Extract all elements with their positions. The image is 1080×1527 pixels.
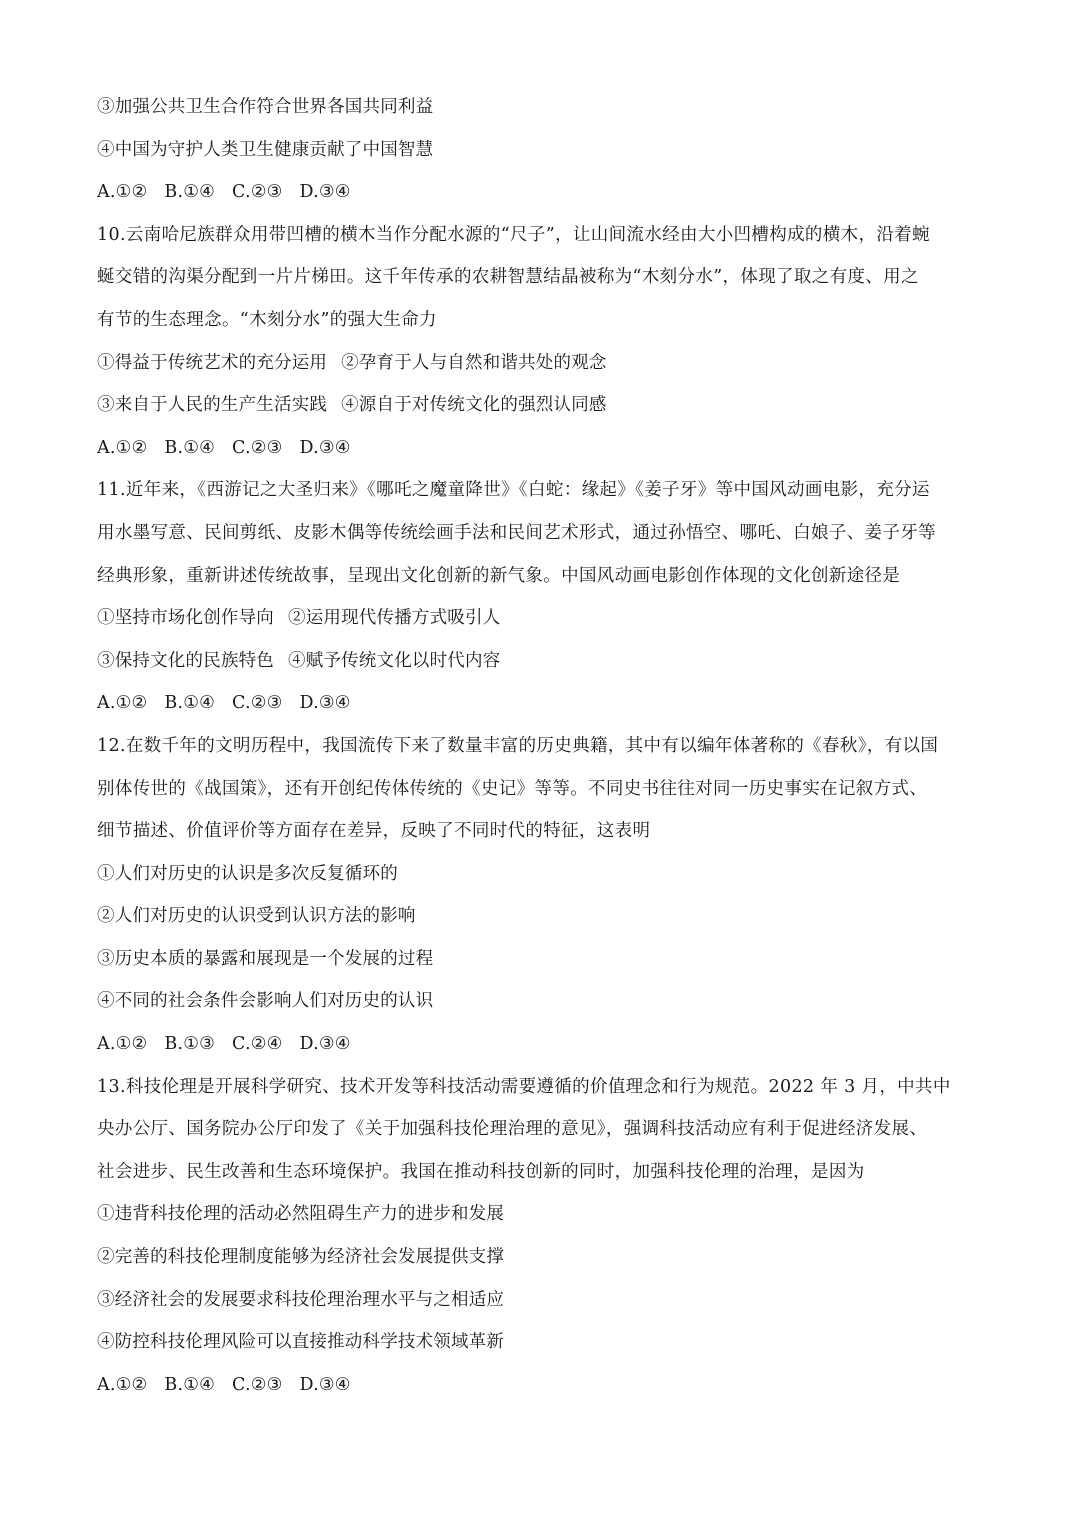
option-row: ③保持文化的民族特色④赋予传统文化以时代内容 (97, 640, 987, 683)
question-stem: 11.近年来，《西游记之大圣归来》《哪吒之魔童降世》《白蛇：缘起》《姜子牙》等中… (97, 469, 987, 597)
option-4: ④中国为守护人类卫生健康贡献了中国智慧 (97, 129, 987, 172)
answer-b: B.①③ (164, 1023, 215, 1066)
option-2: ②孕育于人与自然和谐共处的观念 (341, 353, 607, 373)
answer-choices: A.①②B.①④C.②③D.③④ (97, 427, 987, 470)
answer-a: A.①② (97, 1364, 147, 1407)
answer-d: D.③④ (300, 682, 351, 725)
option-4: ④防控科技伦理风险可以直接推动科学技术领域革新 (97, 1321, 987, 1364)
stem-line: 央办公厅、国务院办公厅印发了《关于加强科技伦理治理的意见》，强调科技活动应有利于… (97, 1108, 987, 1151)
question-stem: 13.科技伦理是开展科学研究、技术开发等科技活动需要遵循的价值理念和行为规范。2… (97, 1066, 987, 1194)
question-stem: 12.在数千年的文明历程中，我国流传下来了数量丰富的历史典籍，其中有以编年体著称… (97, 725, 987, 853)
answer-b: B.①④ (164, 427, 215, 470)
answer-c: C.②③ (232, 1364, 283, 1407)
answer-a: A.①② (97, 1023, 147, 1066)
answer-b: B.①④ (164, 171, 215, 214)
stem-line: 11.近年来，《西游记之大圣归来》《哪吒之魔童降世》《白蛇：缘起》《姜子牙》等中… (97, 469, 987, 512)
answer-a: A.①② (97, 171, 147, 214)
option-row: ①坚持市场化创作导向②运用现代传播方式吸引人 (97, 597, 987, 640)
question-stem: 10.云南哈尼族群众用带凹槽的横木当作分配水源的“尺子”，让山间流水经由大小凹槽… (97, 214, 987, 342)
option-3: ③历史本质的暴露和展现是一个发展的过程 (97, 938, 987, 981)
answer-choices: A.①②B.①③C.②④D.③④ (97, 1023, 987, 1066)
option-row: ①得益于传统艺术的充分运用②孕育于人与自然和谐共处的观念 (97, 342, 987, 385)
option-row: ③来自于人民的生产生活实践④源自于对传统文化的强烈认同感 (97, 384, 987, 427)
question-12: 12.在数千年的文明历程中，我国流传下来了数量丰富的历史典籍，其中有以编年体著称… (97, 725, 987, 1066)
answer-d: D.③④ (300, 1023, 351, 1066)
stem-line: 经典形象，重新讲述传统故事，呈现出文化创新的新气象。中国风动画电影创作体现的文化… (97, 555, 987, 598)
stem-line: 10.云南哈尼族群众用带凹槽的横木当作分配水源的“尺子”，让山间流水经由大小凹槽… (97, 214, 987, 257)
stem-line: 细节描述、价值评价等方面存在差异，反映了不同时代的特征，这表明 (97, 810, 987, 853)
answer-a: A.①② (97, 427, 147, 470)
question-9-tail: ③加强公共卫生合作符合世界各国共同利益 ④中国为守护人类卫生健康贡献了中国智慧 … (97, 86, 987, 214)
answer-c: C.②③ (232, 427, 283, 470)
stem-line: 有节的生态理念。“木刻分水”的强大生命力 (97, 299, 987, 342)
question-10: 10.云南哈尼族群众用带凹槽的横木当作分配水源的“尺子”，让山间流水经由大小凹槽… (97, 214, 987, 470)
answer-c: C.②③ (232, 171, 283, 214)
answer-b: B.①④ (164, 1364, 215, 1407)
option-3: ③加强公共卫生合作符合世界各国共同利益 (97, 86, 987, 129)
option-2: ②完善的科技伦理制度能够为经济社会发展提供支撑 (97, 1236, 987, 1279)
answer-c: C.②③ (232, 682, 283, 725)
answer-d: D.③④ (300, 427, 351, 470)
option-4: ④源自于对传统文化的强烈认同感 (341, 395, 607, 415)
stem-line: 12.在数千年的文明历程中，我国流传下来了数量丰富的历史典籍，其中有以编年体著称… (97, 725, 987, 768)
answer-choices: A.①②B.①④C.②③D.③④ (97, 682, 987, 725)
option-3: ③经济社会的发展要求科技伦理治理水平与之相适应 (97, 1279, 987, 1322)
answer-choices: A.①②B.①④C.②③D.③④ (97, 1364, 987, 1407)
answer-d: D.③④ (300, 171, 351, 214)
exam-page: ③加强公共卫生合作符合世界各国共同利益 ④中国为守护人类卫生健康贡献了中国智慧 … (97, 86, 987, 1406)
option-3: ③来自于人民的生产生活实践 (97, 395, 327, 415)
stem-line: 蜒交错的沟渠分配到一片片梯田。这千年传承的农耕智慧结晶被称为“木刻分水”，体现了… (97, 256, 987, 299)
question-11: 11.近年来，《西游记之大圣归来》《哪吒之魔童降世》《白蛇：缘起》《姜子牙》等中… (97, 469, 987, 725)
answer-d: D.③④ (300, 1364, 351, 1407)
stem-line: 社会进步、民生改善和生态环境保护。我国在推动科技创新的同时，加强科技伦理的治理，… (97, 1151, 987, 1194)
option-4: ④赋予传统文化以时代内容 (288, 651, 500, 671)
option-1: ①得益于传统艺术的充分运用 (97, 353, 327, 373)
question-13: 13.科技伦理是开展科学研究、技术开发等科技活动需要遵循的价值理念和行为规范。2… (97, 1066, 987, 1407)
option-1: ①坚持市场化创作导向 (97, 608, 274, 628)
option-2: ②运用现代传播方式吸引人 (288, 608, 500, 628)
answer-b: B.①④ (164, 682, 215, 725)
option-1: ①违背科技伦理的活动必然阻碍生产力的进步和发展 (97, 1193, 987, 1236)
stem-line: 别体传世的《战国策》，还有开创纪传体传统的《史记》等等。不同史书往往对同一历史事… (97, 768, 987, 811)
stem-line: 13.科技伦理是开展科学研究、技术开发等科技活动需要遵循的价值理念和行为规范。2… (97, 1066, 987, 1109)
answer-a: A.①② (97, 682, 147, 725)
answer-c: C.②④ (232, 1023, 283, 1066)
stem-line: 用水墨写意、民间剪纸、皮影木偶等传统绘画手法和民间艺术形式，通过孙悟空、哪吒、白… (97, 512, 987, 555)
option-2: ②人们对历史的认识受到认识方法的影响 (97, 895, 987, 938)
option-1: ①人们对历史的认识是多次反复循环的 (97, 853, 987, 896)
option-3: ③保持文化的民族特色 (97, 651, 274, 671)
answer-choices: A.①②B.①④C.②③D.③④ (97, 171, 987, 214)
option-4: ④不同的社会条件会影响人们对历史的认识 (97, 980, 987, 1023)
